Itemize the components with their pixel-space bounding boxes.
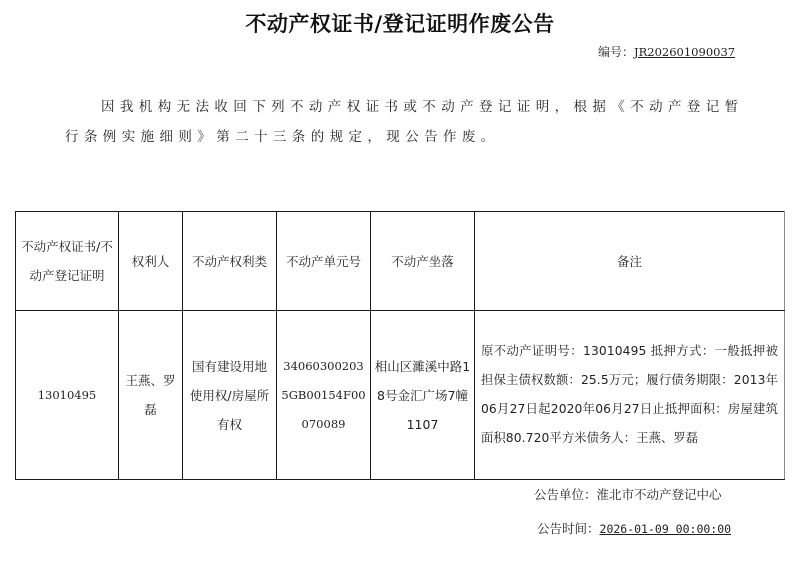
- announcement-paragraph: 因我机构无法收回下列不动产权证书或不动产登记证明，根据《不动产登记暂行条例实施细…: [65, 92, 745, 152]
- header-location: 不动产坐落: [371, 212, 475, 311]
- announcing-unit-label: 公告单位：: [534, 487, 597, 502]
- announcement-time-value: 2026-01-09 00:00:00: [600, 522, 732, 536]
- page-title: 不动产权证书/登记证明作废公告: [0, 8, 800, 38]
- document-number: 编号：JR202601090037: [598, 43, 735, 60]
- cell-cert-no: 13010495: [16, 311, 119, 480]
- header-right-holder: 权利人: [119, 212, 183, 311]
- table-row: 13010495 王燕、罗磊 国有建设用地使用权/房屋所有权 340603002…: [16, 311, 785, 480]
- void-certificate-table: 不动产权证书/不动产登记证明 权利人 不动产权利类 不动产单元号 不动产坐落 备…: [15, 211, 785, 480]
- cell-remark: 原不动产证明号：13010495 抵押方式：一般抵押被担保主债权数额：25.5万…: [475, 311, 785, 480]
- cell-location: 相山区濉溪中路18号金汇广场7幢1107: [371, 311, 475, 480]
- announcement-time: 公告时间：2026-01-09 00:00:00: [537, 519, 731, 537]
- announcement-time-label: 公告时间：: [537, 521, 600, 536]
- document-number-value: JR202601090037: [634, 45, 735, 59]
- header-cert-no: 不动产权证书/不动产登记证明: [16, 212, 119, 311]
- header-right-type: 不动产权利类: [183, 212, 277, 311]
- cell-unit-no: 340603002035GB00154F00070089: [277, 311, 371, 480]
- header-unit-no: 不动产单元号: [277, 212, 371, 311]
- announcing-unit-value: 淮北市不动产登记中心: [597, 487, 722, 502]
- cell-right-type: 国有建设用地使用权/房屋所有权: [183, 311, 277, 480]
- document-number-label: 编号：: [598, 45, 634, 59]
- announcing-unit: 公告单位：淮北市不动产登记中心: [534, 485, 722, 503]
- cell-right-holder: 王燕、罗磊: [119, 311, 183, 480]
- table-header-row: 不动产权证书/不动产登记证明 权利人 不动产权利类 不动产单元号 不动产坐落 备…: [16, 212, 785, 311]
- header-remark: 备注: [475, 212, 785, 311]
